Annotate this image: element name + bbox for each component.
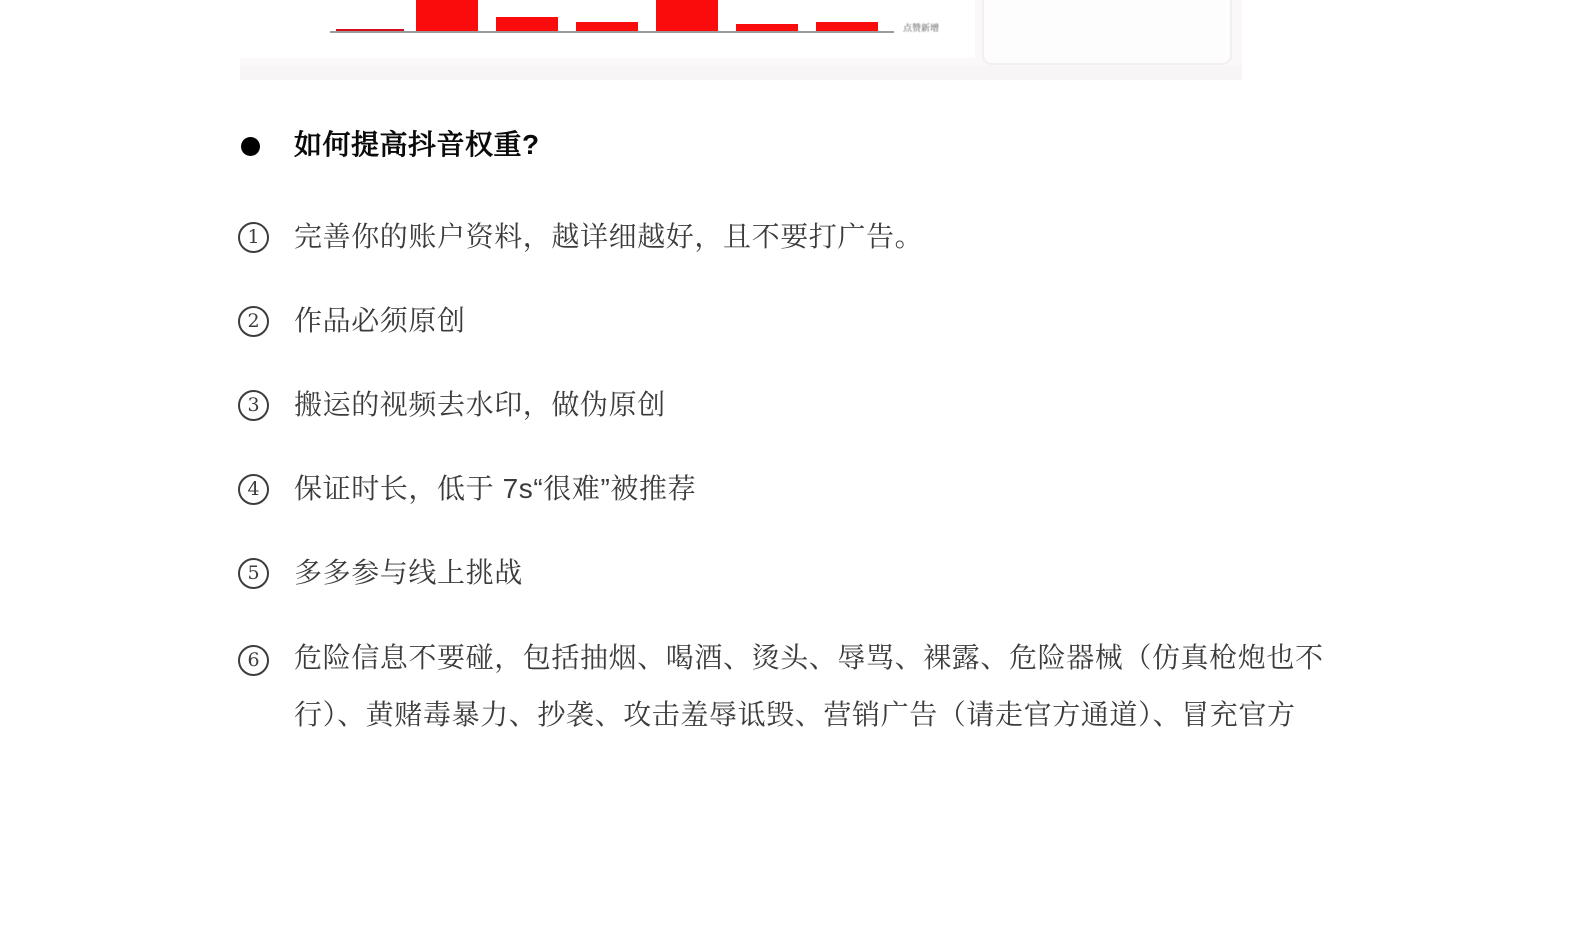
chart-axis-line xyxy=(330,31,894,33)
chart-bar xyxy=(496,17,558,32)
list-item-number: 1 xyxy=(238,222,269,253)
article-page: 点赞新增 如何提高抖音权重? 1 完善你的账户资料，越详细越好，且不要打广告。 … xyxy=(0,0,1585,949)
list-item-text: 保证时长，低于 7s“很难”被推荐 xyxy=(294,472,696,506)
analytics-screenshot: 点赞新增 xyxy=(240,0,1242,80)
section-heading-text: 如何提高抖音权重? xyxy=(294,127,540,163)
list-item-text: 多多参与线上挑战 xyxy=(294,556,523,590)
list-item-text: 搬运的视频去水印，做伪原创 xyxy=(294,388,666,422)
chart-bar xyxy=(416,0,478,32)
list-item-number: 3 xyxy=(238,390,269,421)
chart-bar xyxy=(656,0,718,32)
chart-bar xyxy=(576,22,638,32)
list-item-number: 4 xyxy=(238,474,269,505)
panel-bottom-strip xyxy=(240,66,1242,80)
list-item-text: 完善你的账户资料，越详细越好，且不要打广告。 xyxy=(294,220,923,254)
list-item-text: 作品必须原创 xyxy=(294,304,466,338)
list-item-number: 5 xyxy=(238,558,269,589)
bar-chart-plot: 点赞新增 xyxy=(240,0,975,58)
list-item-number: 6 xyxy=(238,645,269,676)
chart-series-label: 点赞新增 xyxy=(903,21,939,34)
bullet-icon xyxy=(241,137,260,156)
chart-bar xyxy=(816,22,878,32)
list-item-text: 危险信息不要碰，包括抽烟、喝酒、烫头、辱骂、裸露、危险器械（仿真枪炮也不行）、黄… xyxy=(294,629,1340,743)
list-item-number: 2 xyxy=(238,306,269,337)
side-card xyxy=(982,0,1232,65)
